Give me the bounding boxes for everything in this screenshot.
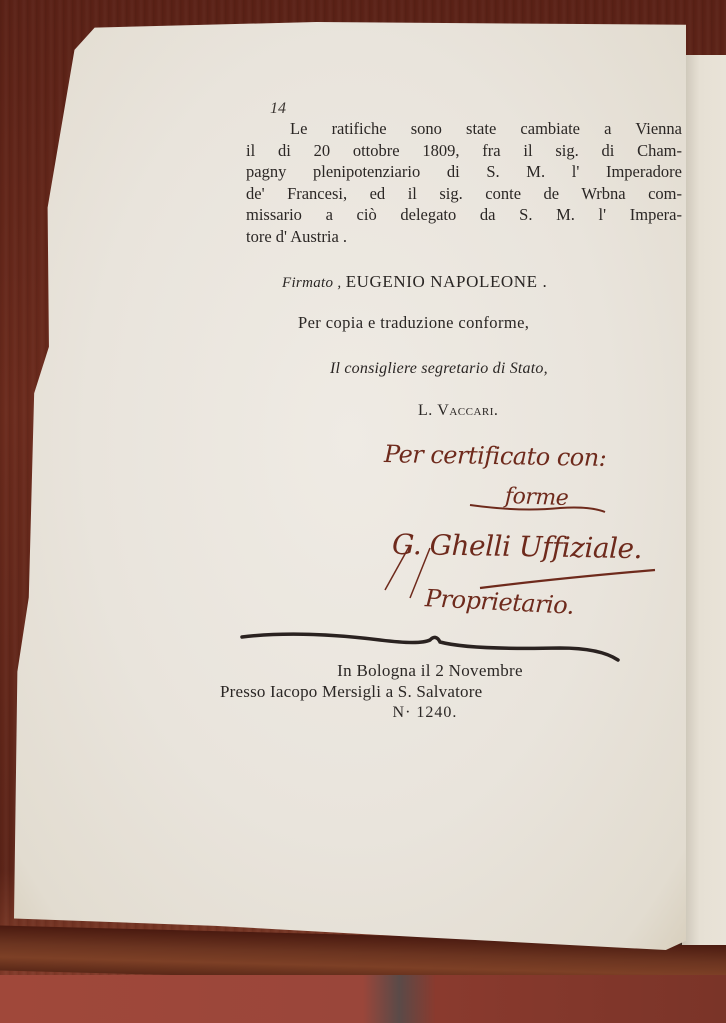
signed-label: Firmato , [282, 275, 341, 291]
signatory-name: EUGENIO NAPOLEONE . [346, 272, 548, 291]
body-line: tore d' Austria . [246, 226, 682, 248]
page-number: 14 [270, 100, 286, 118]
body-line: missario a ciò delegato da S. M. l' Impe… [246, 204, 682, 226]
secretary-name-line: L. Vaccari. [418, 402, 498, 420]
handwritten-line: Per certificato con: [384, 440, 607, 472]
handwritten-line: Proprietario. [424, 584, 574, 620]
secretary-name: Vaccari. [437, 402, 498, 419]
imprint-printer: Presso Iacopo Mersigli a S. Salvatore [220, 681, 630, 702]
secretary-role: Il consigliere segretario di Stato, [330, 360, 548, 378]
copy-conformity-note: Per copia e traduzione conforme, [298, 313, 529, 333]
imprint-number: N· 1240. [220, 702, 630, 723]
handwritten-signature: G. Ghelli Uffiziale. [392, 528, 643, 565]
signed-line: Firmato , EUGENIO NAPOLEONE . [282, 272, 547, 292]
handwritten-line: forme [505, 484, 569, 511]
body-paragraph: Le ratifiche sono state cambiate a Vienn… [246, 118, 682, 247]
body-line: de' Francesi, ed il sig. conte de Wrbna … [246, 183, 682, 205]
page-content: 14 Le ratifiche sono state cambiate a Vi… [0, 0, 726, 1023]
body-line: Le ratifiche sono state cambiate a Vienn… [246, 118, 682, 140]
body-line: pagny plenipotenziario di S. M. l' Imper… [246, 161, 682, 183]
secretary-initial: L. [418, 402, 433, 419]
body-line: il di 20 ottobre 1809, fra il sig. di Ch… [246, 140, 682, 162]
imprint-place-date: In Bologna il 2 Novembre [220, 660, 630, 681]
imprint-block: In Bologna il 2 Novembre Presso Iacopo M… [220, 660, 630, 723]
